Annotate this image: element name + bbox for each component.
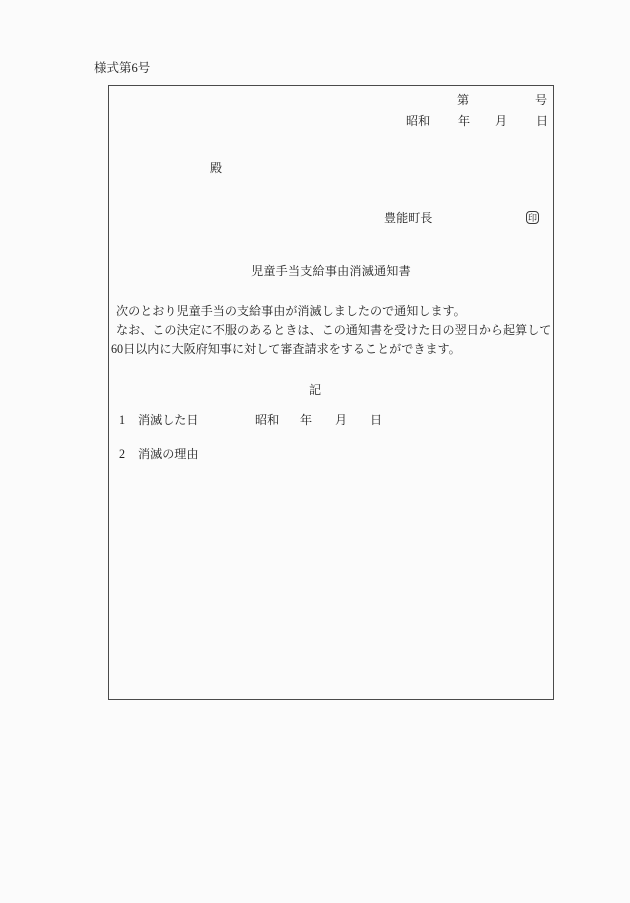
- item-1-date-era: 昭和: [255, 413, 279, 427]
- issue-date-year: 年: [458, 114, 470, 128]
- issue-date-month: 月: [495, 114, 507, 128]
- document-page: 様式第6号 第 号 昭和 年 月 日 殿 豊能町長 印 児童手当支給事由消滅通知…: [0, 0, 630, 903]
- notice-border-box: 第 号 昭和 年 月 日 殿 豊能町長 印 児童手当支給事由消滅通知書 次のとお…: [108, 85, 554, 700]
- item-1-date-month: 月: [335, 413, 347, 427]
- item-2-label: 消滅の理由: [138, 447, 198, 461]
- issue-date-era: 昭和: [406, 114, 430, 128]
- addressee-line: 殿: [109, 161, 553, 177]
- addressee-honorific: 殿: [210, 161, 222, 175]
- body-line-2: なお、この決定に不服のあるときは、この通知書を受けた日の翌日から起算して: [111, 321, 552, 340]
- body-paragraph: 次のとおり児童手当の支給事由が消滅しましたので通知します。 なお、この決定に不服…: [111, 302, 552, 359]
- item-1-label: 消滅した日: [138, 413, 198, 427]
- sender-name: 豊能町長: [384, 211, 432, 225]
- doc-number-suffix: 号: [535, 93, 547, 107]
- issue-date-day: 日: [536, 114, 548, 128]
- document-number-line: 第 号: [109, 93, 553, 109]
- record-heading-line: 記: [109, 383, 553, 399]
- sender-line: 豊能町長 印: [109, 211, 553, 227]
- form-number-label: 様式第6号: [94, 61, 150, 76]
- item-row-extinction-reason: 2 消滅の理由: [109, 447, 553, 463]
- document-title-line: 児童手当支給事由消滅通知書: [109, 264, 553, 280]
- item-1-date-year: 年: [300, 413, 312, 427]
- item-2-number: 2: [119, 447, 125, 461]
- item-row-extinction-date: 1 消滅した日 昭和 年 月 日: [109, 413, 553, 429]
- seal-stamp-icon: 印: [526, 211, 539, 224]
- record-heading: 記: [309, 383, 321, 397]
- issue-date-line: 昭和 年 月 日: [109, 114, 553, 130]
- document-title: 児童手当支給事由消滅通知書: [251, 264, 411, 278]
- item-1-number: 1: [119, 413, 125, 427]
- body-line-1: 次のとおり児童手当の支給事由が消滅しましたので通知します。: [111, 302, 552, 321]
- doc-number-prefix: 第: [457, 93, 469, 107]
- body-line-3: 60日以内に大阪府知事に対して審査請求をすることができます。: [111, 340, 552, 359]
- item-1-date-day: 日: [370, 413, 382, 427]
